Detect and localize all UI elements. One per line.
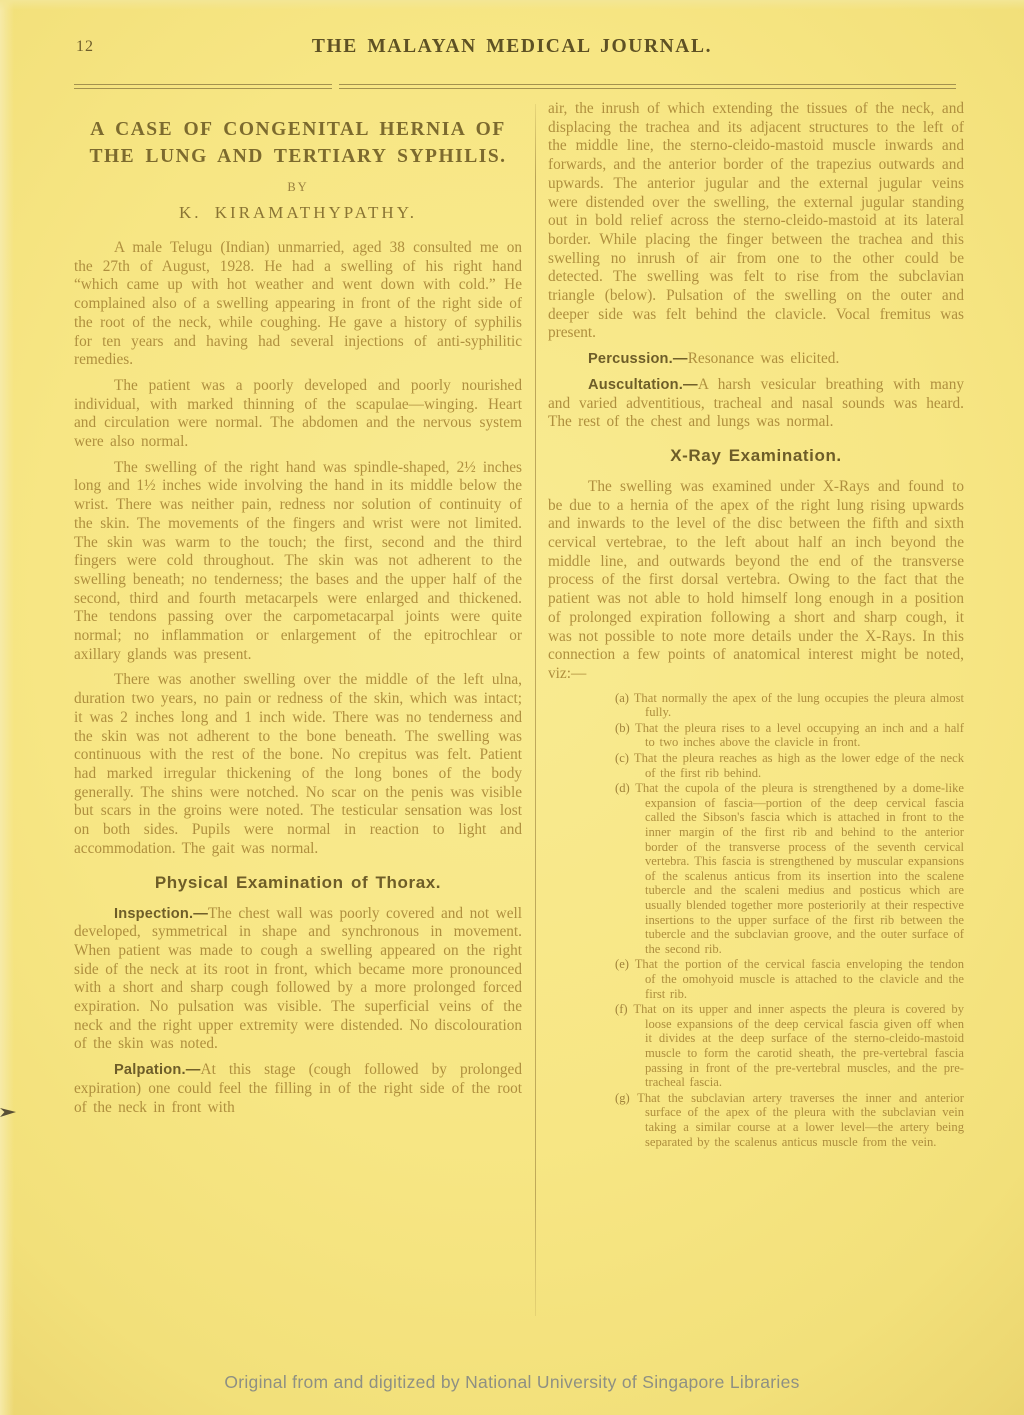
list-item-g: (g) That the subclavian artery traverses… (645, 1091, 964, 1149)
journal-page: 12 THE MALAYAN MEDICAL JOURNAL. A CASE O… (0, 0, 1024, 1415)
paragraph-general-condition: The patient was a poorly developed and p… (74, 377, 522, 452)
paragraph-inspection: Inspection.—The chest wall was poorly co… (74, 905, 522, 1055)
anatomical-notes-list: (a) That normally the apex of the lung o… (548, 691, 964, 1149)
list-item-label: (c) (615, 751, 629, 765)
list-item-a: (a) That normally the apex of the lung o… (645, 691, 964, 720)
list-item-label: (g) (615, 1091, 630, 1105)
section-heading-physical-examination: Physical Examination of Thorax. (74, 873, 522, 893)
paragraph-lead: Percussion.— (588, 351, 688, 367)
list-item-label: (e) (615, 957, 629, 971)
list-item-label: (b) (615, 721, 630, 735)
paragraph-palpation: Palpation.—At this stage (cough followed… (74, 1061, 522, 1117)
list-item-f: (f) That on its upper and inner aspects … (645, 1002, 964, 1090)
paragraph-xray-findings: The swelling was examined under X-Rays a… (548, 478, 964, 684)
header-rule-segment-right (339, 84, 956, 89)
article-body: A CASE OF CONGENITAL HERNIA OF THE LUNG … (74, 100, 964, 1316)
list-item-d: (d) That the cupola of the pleura is str… (645, 781, 964, 956)
journal-title: THE MALAYAN MEDICAL JOURNAL. (0, 36, 1024, 58)
list-item-b: (b) That the pleura rises to a level occ… (645, 721, 964, 750)
section-heading-xray-examination: X-Ray Examination. (548, 446, 964, 466)
paragraph-ulna-swelling: There was another swelling over the midd… (74, 671, 522, 858)
paragraph-hand-swelling: The swelling of the right hand was spind… (74, 459, 522, 665)
page-header: 12 THE MALAYAN MEDICAL JOURNAL. (0, 36, 1024, 70)
paragraph-lead: Palpation.— (114, 1062, 201, 1078)
scan-edge-mark (0, 1108, 16, 1117)
list-item-label: (f) (615, 1002, 628, 1016)
article-title: A CASE OF CONGENITAL HERNIA OF THE LUNG … (78, 116, 518, 170)
header-rule-segment-left (74, 84, 332, 89)
page-number: 12 (76, 38, 94, 56)
paragraph-lead: Inspection.— (114, 906, 208, 922)
header-double-rule (74, 84, 956, 88)
paragraph-lead: Auscultation.— (588, 377, 698, 393)
list-item-e: (e) That the portion of the cervical fas… (645, 957, 964, 1001)
digitization-credit: Original from and digitized by National … (0, 1372, 1024, 1393)
list-item-c: (c) That the pleura reaches as high as t… (645, 751, 964, 780)
paragraph-palpation-continued: air, the inrush of which extending the t… (548, 100, 964, 343)
list-item-label: (d) (615, 781, 630, 795)
right-column: air, the inrush of which extending the t… (548, 100, 964, 1316)
paragraph-percussion: Percussion.—Resonance was elicited. (548, 350, 964, 369)
author-name: K. KIRAMATHYPATHY. (74, 203, 522, 223)
list-item-label: (a) (615, 691, 629, 705)
column-divider-rule (535, 104, 536, 1316)
byline-label: BY (74, 180, 522, 195)
left-column: A CASE OF CONGENITAL HERNIA OF THE LUNG … (74, 100, 522, 1316)
paragraph-case-history: A male Telugu (Indian) unmarried, aged 3… (74, 239, 522, 370)
paragraph-auscultation: Auscultation.—A harsh vesicular breathin… (548, 376, 964, 432)
